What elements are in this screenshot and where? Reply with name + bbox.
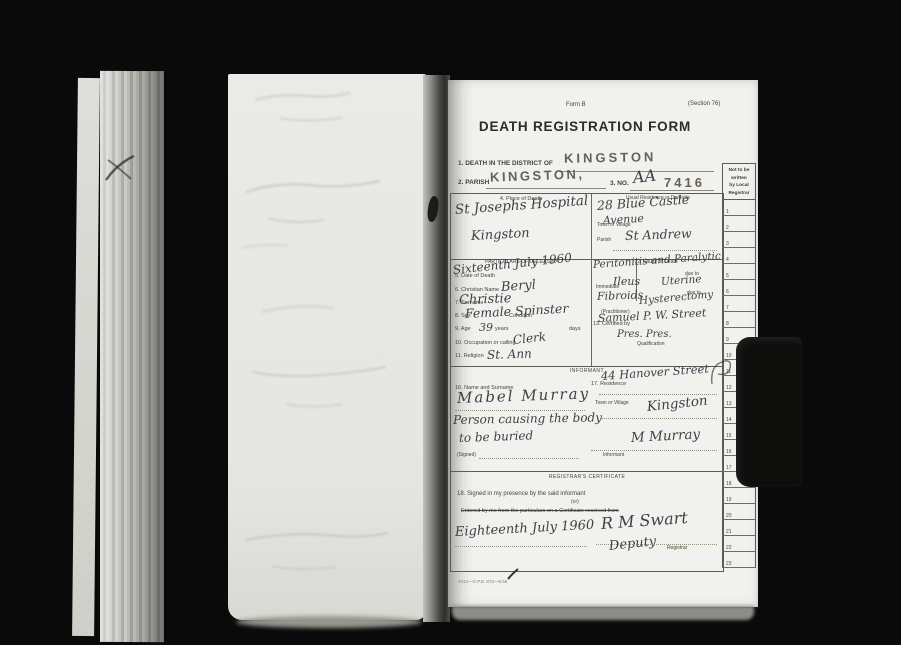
microfilm-scan: Form B (Section 76) DEATH REGISTRATION F…	[0, 0, 901, 645]
column-row: 6	[722, 280, 756, 296]
registrar-header: REGISTRAR'S CERTIFICATE	[521, 475, 653, 481]
section-reference: (Section 76)	[688, 101, 720, 108]
column-row-number: 21	[723, 526, 732, 535]
side-column-header-line1: Not to be written	[723, 167, 755, 182]
column-row-number: 3	[723, 238, 729, 247]
number-underline	[630, 190, 714, 191]
registrar-signed-line: 18. Signed in my presence by the said in…	[457, 491, 585, 498]
binder-clip	[736, 337, 802, 487]
column-row-number: 13	[723, 398, 732, 407]
side-column-header-line2: by Local	[723, 182, 755, 190]
qualification-value: Pres. Pres.	[617, 330, 672, 340]
residence-parish-label: Parish	[597, 238, 611, 244]
column-row: 2	[722, 216, 756, 232]
number-label: 3. NO.	[610, 180, 629, 187]
registration-date-rule	[455, 546, 587, 547]
column-row: 5	[722, 264, 756, 280]
date-of-death-value: Sixteenth July 1960	[452, 252, 572, 276]
cause-line1: Peritonitis and Paralytic	[593, 251, 722, 270]
place-of-death-line2: Kingston	[471, 227, 530, 243]
informant-town-value: Kingston	[646, 395, 708, 415]
cause-line4: Fibroids	[597, 289, 644, 302]
parish-underline	[486, 188, 606, 189]
column-row-number: 5	[723, 270, 729, 279]
informant-label: Informant	[603, 453, 624, 459]
age-value: 39	[479, 322, 493, 333]
form-title: DEATH REGISTRATION FORM	[448, 120, 722, 135]
printer-code: 9412—G.P.B. 872—8.58	[458, 580, 507, 585]
death-registration-form-page: Form B (Section 76) DEATH REGISTRATION F…	[448, 80, 758, 607]
edge-ink-mark	[101, 148, 141, 193]
qualification-label: Qualification	[637, 342, 665, 348]
cause-line5: Hysterectomy	[639, 290, 714, 307]
book-page-edges-outer	[72, 78, 100, 636]
column-row-number: 23	[723, 558, 732, 567]
column-row: 8	[722, 312, 756, 328]
age-label: 9. Age	[455, 326, 471, 332]
registrar-struck-line: Entered by me from the particulars on a …	[461, 508, 619, 514]
column-row-number: 6	[723, 286, 729, 295]
registrar-or-label: (or)	[571, 500, 579, 506]
informant-name-value: Mabel Murray	[457, 386, 591, 406]
occupation-label: 10. Occupation or calling	[455, 340, 516, 346]
column-row-number: 2	[723, 222, 729, 231]
religion-label: 11. Religion	[455, 353, 484, 359]
religion-value: St. Ann	[487, 347, 532, 361]
residence-parish-value: St Andrew	[625, 228, 692, 243]
ink-loop-mark	[710, 358, 736, 388]
column-row-number: 16	[723, 446, 732, 455]
side-column-header-line3: Registrar	[723, 190, 755, 198]
informant-capacity-line1: Person causing the body	[453, 411, 602, 426]
parish-label: 2. PARISH	[458, 179, 489, 186]
registration-date-value: Eighteenth July 1960	[455, 519, 595, 539]
column-row-number: 17	[723, 462, 732, 471]
due-to-label-1: due to	[685, 272, 699, 278]
column-row-number: 18	[723, 478, 732, 487]
registrar-signature: R M Swart	[600, 510, 688, 532]
column-row: 4	[722, 248, 756, 264]
number-series-handwritten: AA	[632, 168, 657, 186]
informant-town-label: Town or Village	[595, 401, 629, 407]
column-row: 1	[722, 200, 756, 216]
age-days-label: days	[569, 326, 581, 332]
column-row: 23	[722, 552, 756, 568]
left-blank-page	[228, 74, 426, 620]
informant-town-rule	[601, 418, 717, 419]
form-code: Form B	[566, 102, 586, 109]
age-years-label: years	[495, 326, 508, 332]
column-row: 21	[722, 520, 756, 536]
book-gutter	[423, 75, 450, 622]
column-row: 7	[722, 296, 756, 312]
column-row: 22	[722, 536, 756, 552]
column-row-number: 4	[723, 254, 729, 263]
pen-tick-mark	[506, 568, 520, 580]
column-row: 19	[722, 488, 756, 504]
district-stamp: KINGSTON	[564, 149, 657, 166]
column-row-number: 1	[723, 206, 729, 215]
column-row-number: 20	[723, 510, 732, 519]
registrar-label: Registrar	[667, 546, 687, 552]
sex-condition-value: Female Spinster	[465, 303, 569, 321]
column-row-number: 22	[723, 542, 732, 551]
left-page-under-shadow	[236, 616, 422, 628]
form-grid: 4. Place of Death St Josephs Hospital Ki…	[450, 193, 724, 572]
side-column-header: Not to be written by Local Registrar	[722, 163, 756, 200]
column-row-number: 8	[723, 318, 729, 327]
column-row-number: 19	[723, 494, 732, 503]
row-divider-3	[451, 471, 723, 472]
column-row-number: 9	[723, 334, 729, 343]
column-row-number: 7	[723, 302, 729, 311]
informant-capacity-line2: to be buried	[459, 429, 534, 444]
column-row-number: 14	[723, 414, 732, 423]
informant-signature-rule	[591, 450, 717, 451]
signed-rule	[479, 458, 579, 459]
informant-signature: M Murray	[631, 428, 701, 445]
residence-line1: 28 Blue Castle	[597, 194, 690, 213]
column-row: 3	[722, 232, 756, 248]
parish-stamp: KINGSTON,	[490, 166, 585, 184]
column-divider	[591, 194, 592, 366]
column-row: 20	[722, 504, 756, 520]
signed-label: (Signed)	[457, 453, 476, 459]
registrar-signature-rule	[596, 544, 717, 545]
number-stamp: 7416	[664, 175, 705, 190]
ghost-handwriting	[228, 74, 426, 620]
right-page-under-shadow	[452, 606, 754, 620]
occupation-value: Clerk	[512, 331, 546, 346]
column-row-number: 15	[723, 430, 732, 439]
district-label: 1. DEATH IN THE DISTRICT OF	[458, 160, 553, 167]
